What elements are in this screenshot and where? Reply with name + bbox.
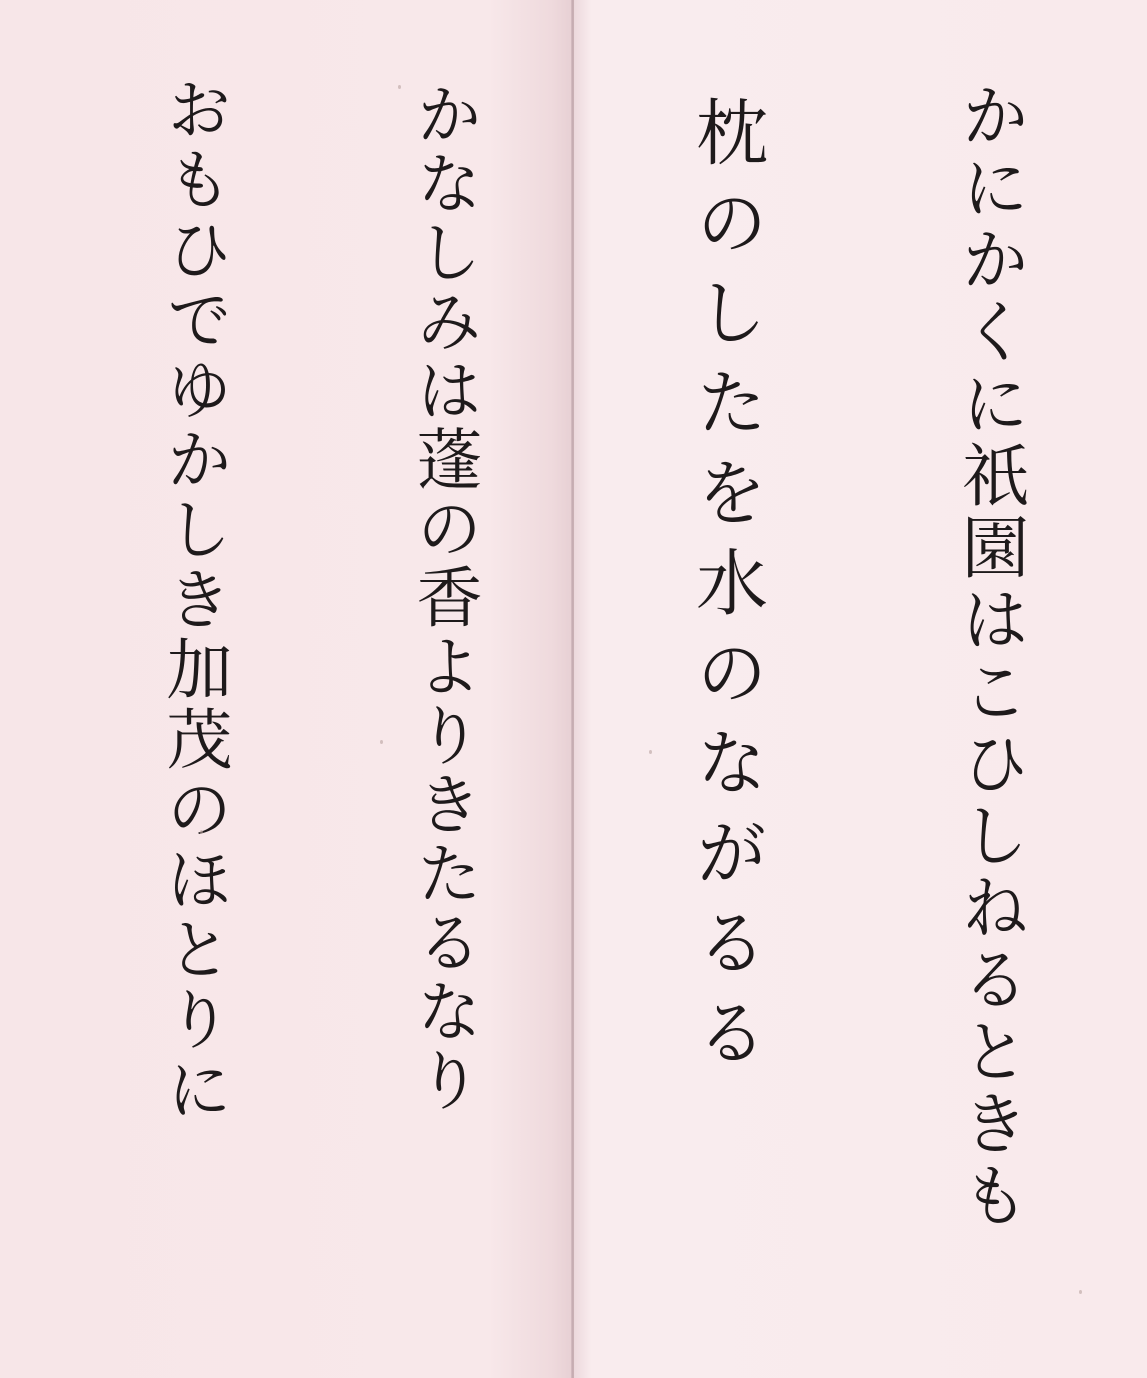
right-page: かにかくに祇園はこひしねるときも 枕のしたを水のながるる	[574, 0, 1147, 1378]
paper-speck	[200, 830, 203, 834]
calligraphy-column-3: かなしみは蓬の香よりきたるなり	[410, 80, 476, 1115]
calligraphy-column-1: かにかくに祇園はこひしねるときも	[955, 80, 1023, 1232]
paper-speck	[1079, 1290, 1082, 1294]
calligraphy-column-2: 枕のしたを水のながるる	[690, 95, 762, 1085]
paper-speck	[380, 740, 383, 744]
calligraphy-spread: かなしみは蓬の香よりきたるなり おもひでゆかしき加茂のほとりに かにかくに祇園は…	[0, 0, 1147, 1378]
paper-speck	[398, 85, 401, 89]
paper-speck	[649, 750, 652, 754]
calligraphy-column-4: おもひでゆかしき加茂のほとりに	[160, 75, 226, 1125]
left-page: かなしみは蓬の香よりきたるなり おもひでゆかしき加茂のほとりに	[0, 0, 574, 1378]
